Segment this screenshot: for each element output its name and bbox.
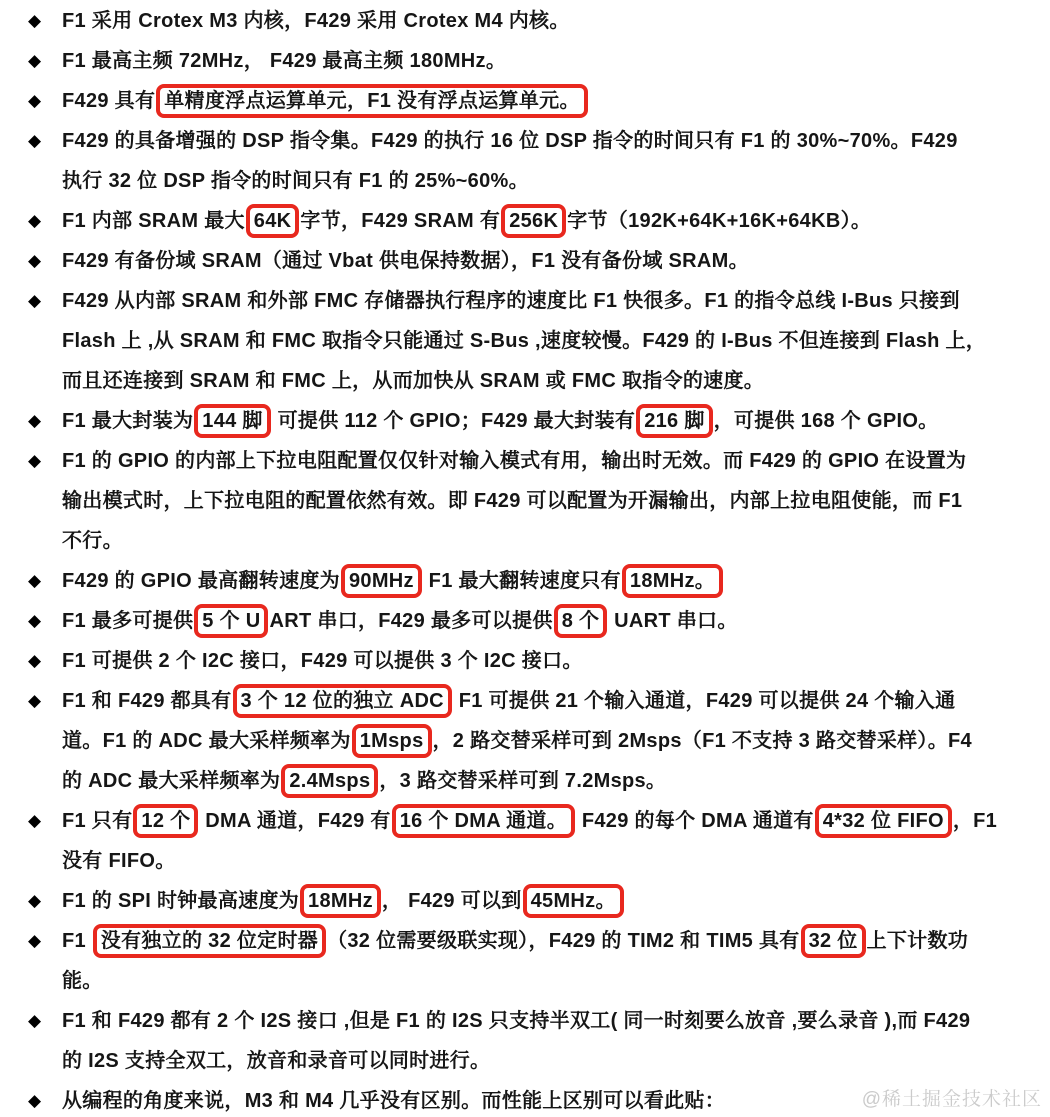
- text-segment: 输出模式时，上下拉电阻的配置依然有效。即 F429 可以配置为开漏输出，内部上拉…: [62, 490, 962, 512]
- text-segment: 不行。: [62, 530, 123, 552]
- highlight-box: 没有独立的 32 位定时器: [97, 928, 322, 954]
- highlight-box: 32 位: [805, 928, 862, 954]
- text-segment: ，3 路交替采样可到 7.2Msps。: [379, 770, 666, 792]
- text-segment: F1 和 F429 都具有: [62, 690, 232, 712]
- text-segment: F429 有备份域 SRAM（通过 Vbat 供电保持数据），F1 没有备份域 …: [62, 250, 749, 272]
- highlight-box: 45MHz。: [527, 888, 620, 914]
- diamond-bullet-icon: ◆: [28, 1081, 62, 1117]
- text-segment: F1 的 SPI 时钟最高速度为: [62, 890, 299, 912]
- text-segment: 而且还连接到 SRAM 和 FMC 上，从而加快从 SRAM 或 FMC 取指令…: [62, 370, 764, 392]
- diamond-bullet-icon: ◆: [28, 401, 62, 441]
- bullet-list: ◆F1 采用 Crotex M3 内核，F429 采用 Crotex M4 内核…: [0, 0, 1050, 1117]
- bullet-item: ◆F429 从内部 SRAM 和外部 FMC 存储器执行程序的速度比 F1 快很…: [28, 281, 1016, 401]
- bullet-item: ◆F1 和 F429 都有 2 个 I2S 接口 ,但是 F1 的 I2S 只支…: [28, 1001, 1016, 1081]
- bullet-item: ◆F1 可提供 2 个 I2C 接口，F429 可以提供 3 个 I2C 接口。: [28, 641, 1016, 681]
- highlight-box: 18MHz: [304, 888, 377, 914]
- bullet-item: ◆F1 最大封装为144 脚 可提供 112 个 GPIO；F429 最大封装有…: [28, 401, 1016, 441]
- bullet-text: F1 最高主频 72MHz， F429 最高主频 180MHz。: [62, 41, 1016, 81]
- text-segment: F429 的具备增强的 DSP 指令集。F429 的执行 16 位 DSP 指令…: [62, 130, 958, 152]
- bullet-text: F429 的具备增强的 DSP 指令集。F429 的执行 16 位 DSP 指令…: [62, 121, 1016, 201]
- highlight-box: 2.4Msps: [285, 768, 374, 794]
- highlight-box: 256K: [505, 208, 562, 234]
- text-segment: F1 只有: [62, 810, 132, 832]
- diamond-bullet-icon: ◆: [28, 801, 62, 841]
- diamond-bullet-icon: ◆: [28, 41, 62, 81]
- text-segment: ， F429 可以到: [382, 890, 522, 912]
- bullet-text: F1 和 F429 都具有3 个 12 位的独立 ADC F1 可提供 21 个…: [62, 681, 1016, 801]
- bullet-text: F1 和 F429 都有 2 个 I2S 接口 ,但是 F1 的 I2S 只支持…: [62, 1001, 1016, 1081]
- text-segment: Flash 上 ,从 SRAM 和 FMC 取指令只能通过 S-Bus ,速度较…: [62, 330, 986, 352]
- text-segment: F429 的每个 DMA 通道有: [576, 810, 814, 832]
- text-segment: F1 可提供 2 个 I2C 接口，F429 可以提供 3 个 I2C 接口。: [62, 650, 583, 672]
- diamond-bullet-icon: ◆: [28, 881, 62, 921]
- text-segment: 能。: [62, 970, 103, 992]
- diamond-bullet-icon: ◆: [28, 1, 62, 41]
- text-segment: 可提供 112 个 GPIO；F429 最大封装有: [272, 410, 635, 432]
- bullet-text: F1 采用 Crotex M3 内核，F429 采用 Crotex M4 内核。: [62, 1, 1016, 41]
- bullet-item: ◆F429 的 GPIO 最高翻转速度为90MHz F1 最大翻转速度只有18M…: [28, 561, 1016, 601]
- bullet-item: ◆F429 有备份域 SRAM（通过 Vbat 供电保持数据），F1 没有备份域…: [28, 241, 1016, 281]
- highlight-box: 64K: [250, 208, 296, 234]
- text-segment: F429 具有: [62, 90, 155, 112]
- highlight-box: 1Msps: [356, 728, 428, 754]
- text-segment: 执行 32 位 DSP 指令的时间只有 F1 的 25%~60%。: [62, 170, 529, 192]
- highlight-box: 18MHz。: [626, 568, 719, 594]
- text-segment: F429 的 GPIO 最高翻转速度为: [62, 570, 340, 592]
- text-segment: F1 和 F429 都有 2 个 I2S 接口 ,但是 F1 的 I2S 只支持…: [62, 1010, 970, 1032]
- bullet-text: F1 只有12 个 DMA 通道，F429 有16 个 DMA 通道。 F429…: [62, 801, 1016, 881]
- text-segment: 上下计数功: [867, 930, 969, 952]
- diamond-bullet-icon: ◆: [28, 121, 62, 161]
- bullet-item: ◆F429 的具备增强的 DSP 指令集。F429 的执行 16 位 DSP 指…: [28, 121, 1016, 201]
- diamond-bullet-icon: ◆: [28, 441, 62, 481]
- highlight-box: 单精度浮点运算单元，F1 没有浮点运算单元。: [160, 88, 584, 114]
- bullet-item: ◆F429 具有单精度浮点运算单元，F1 没有浮点运算单元。: [28, 81, 1016, 121]
- diamond-bullet-icon: ◆: [28, 921, 62, 961]
- highlight-box: 144 脚: [198, 408, 266, 434]
- text-segment: F1 可提供 21 个输入通道，F429 可以提供 24 个输入通: [453, 690, 956, 712]
- text-segment: 的 I2S 支持全双工，放音和录音可以同时进行。: [62, 1050, 490, 1072]
- highlight-box: 90MHz: [345, 568, 418, 594]
- text-segment: ART 串口，F429 最多可以提供: [269, 610, 552, 632]
- highlight-box: 4*32 位 FIFO: [819, 808, 948, 834]
- bullet-item: ◆F1 最多可提供5 个 UART 串口，F429 最多可以提供8 个 UART…: [28, 601, 1016, 641]
- bullet-text: F1 可提供 2 个 I2C 接口，F429 可以提供 3 个 I2C 接口。: [62, 641, 1016, 681]
- diamond-bullet-icon: ◆: [28, 561, 62, 601]
- bullet-text: F429 有备份域 SRAM（通过 Vbat 供电保持数据），F1 没有备份域 …: [62, 241, 1016, 281]
- highlight-box: 5 个 U: [198, 608, 264, 634]
- bullet-item: ◆F1 的 GPIO 的内部上下拉电阻配置仅仅针对输入模式有用，输出时无效。而 …: [28, 441, 1016, 561]
- bullet-text: F1 的 SPI 时钟最高速度为18MHz， F429 可以到45MHz。: [62, 881, 1016, 921]
- watermark: @稀土掘金技术社区: [862, 1084, 1042, 1111]
- text-segment: F1: [62, 930, 92, 952]
- text-segment: ，2 路交替采样可到 2Msps（F1 不支持 3 路交替采样）。F4: [433, 730, 972, 752]
- text-segment: UART 串口。: [608, 610, 737, 632]
- diamond-bullet-icon: ◆: [28, 241, 62, 281]
- text-segment: （32 位需要级联实现），F429 的 TIM2 和 TIM5 具有: [327, 930, 800, 952]
- bullet-item: ◆F1 内部 SRAM 最大64K字节，F429 SRAM 有256K字节（19…: [28, 201, 1016, 241]
- bullet-text: F1 没有独立的 32 位定时器（32 位需要级联实现），F429 的 TIM2…: [62, 921, 1016, 1001]
- text-segment: 道。F1 的 ADC 最大采样频率为: [62, 730, 351, 752]
- highlight-box: 16 个 DMA 通道。: [396, 808, 571, 834]
- diamond-bullet-icon: ◆: [28, 641, 62, 681]
- bullet-item: ◆F1 和 F429 都具有3 个 12 位的独立 ADC F1 可提供 21 …: [28, 681, 1016, 801]
- text-segment: F1 最大封装为: [62, 410, 193, 432]
- bullet-item: ◆F1 的 SPI 时钟最高速度为18MHz， F429 可以到45MHz。: [28, 881, 1016, 921]
- text-segment: 字节，F429 SRAM 有: [300, 210, 500, 232]
- diamond-bullet-icon: ◆: [28, 201, 62, 241]
- text-segment: F1 采用 Crotex M3 内核，F429 采用 Crotex M4 内核。: [62, 10, 570, 32]
- bullet-text: F429 具有单精度浮点运算单元，F1 没有浮点运算单元。: [62, 81, 1016, 121]
- bullet-item: ◆F1 没有独立的 32 位定时器（32 位需要级联实现），F429 的 TIM…: [28, 921, 1016, 1001]
- text-segment: F1 内部 SRAM 最大: [62, 210, 245, 232]
- text-segment: 从编程的角度来说，M3 和 M4 几乎没有区别。而性能上区别可以看此贴：: [62, 1090, 725, 1112]
- text-segment: 的 ADC 最大采样频率为: [62, 770, 280, 792]
- bullet-text: F429 的 GPIO 最高翻转速度为90MHz F1 最大翻转速度只有18MH…: [62, 561, 1016, 601]
- diamond-bullet-icon: ◆: [28, 601, 62, 641]
- bullet-text: F1 最多可提供5 个 UART 串口，F429 最多可以提供8 个 UART …: [62, 601, 1016, 641]
- bullet-item: ◆F1 采用 Crotex M3 内核，F429 采用 Crotex M4 内核…: [28, 1, 1016, 41]
- document-page: ◆F1 采用 Crotex M3 内核，F429 采用 Crotex M4 内核…: [0, 0, 1050, 1117]
- diamond-bullet-icon: ◆: [28, 81, 62, 121]
- bullet-item: ◆F1 最高主频 72MHz， F429 最高主频 180MHz。: [28, 41, 1016, 81]
- text-segment: F1 最高主频 72MHz， F429 最高主频 180MHz。: [62, 50, 506, 72]
- bullet-item: ◆F1 只有12 个 DMA 通道，F429 有16 个 DMA 通道。 F42…: [28, 801, 1016, 881]
- bullet-text: F1 最大封装为144 脚 可提供 112 个 GPIO；F429 最大封装有2…: [62, 401, 1016, 441]
- text-segment: 字节（192K+64K+16K+64KB）。: [567, 210, 871, 232]
- text-segment: F1 的 GPIO 的内部上下拉电阻配置仅仅针对输入模式有用，输出时无效。而 F…: [62, 450, 966, 472]
- text-segment: F429 从内部 SRAM 和外部 FMC 存储器执行程序的速度比 F1 快很多…: [62, 290, 960, 312]
- diamond-bullet-icon: ◆: [28, 1001, 62, 1041]
- text-segment: DMA 通道，F429 有: [199, 810, 390, 832]
- diamond-bullet-icon: ◆: [28, 281, 62, 321]
- highlight-box: 3 个 12 位的独立 ADC: [237, 688, 448, 714]
- highlight-box: 216 脚: [640, 408, 708, 434]
- text-segment: ，F1: [953, 810, 997, 832]
- text-segment: F1 最大翻转速度只有: [423, 570, 621, 592]
- highlight-box: 8 个: [558, 608, 604, 634]
- text-segment: 没有 FIFO。: [62, 850, 176, 872]
- diamond-bullet-icon: ◆: [28, 681, 62, 721]
- bullet-text: F1 内部 SRAM 最大64K字节，F429 SRAM 有256K字节（192…: [62, 201, 1016, 241]
- bullet-text: F1 的 GPIO 的内部上下拉电阻配置仅仅针对输入模式有用，输出时无效。而 F…: [62, 441, 1016, 561]
- bullet-text: F429 从内部 SRAM 和外部 FMC 存储器执行程序的速度比 F1 快很多…: [62, 281, 1016, 401]
- highlight-box: 12 个: [137, 808, 194, 834]
- text-segment: F1 最多可提供: [62, 610, 193, 632]
- text-segment: ，可提供 168 个 GPIO。: [714, 410, 939, 432]
